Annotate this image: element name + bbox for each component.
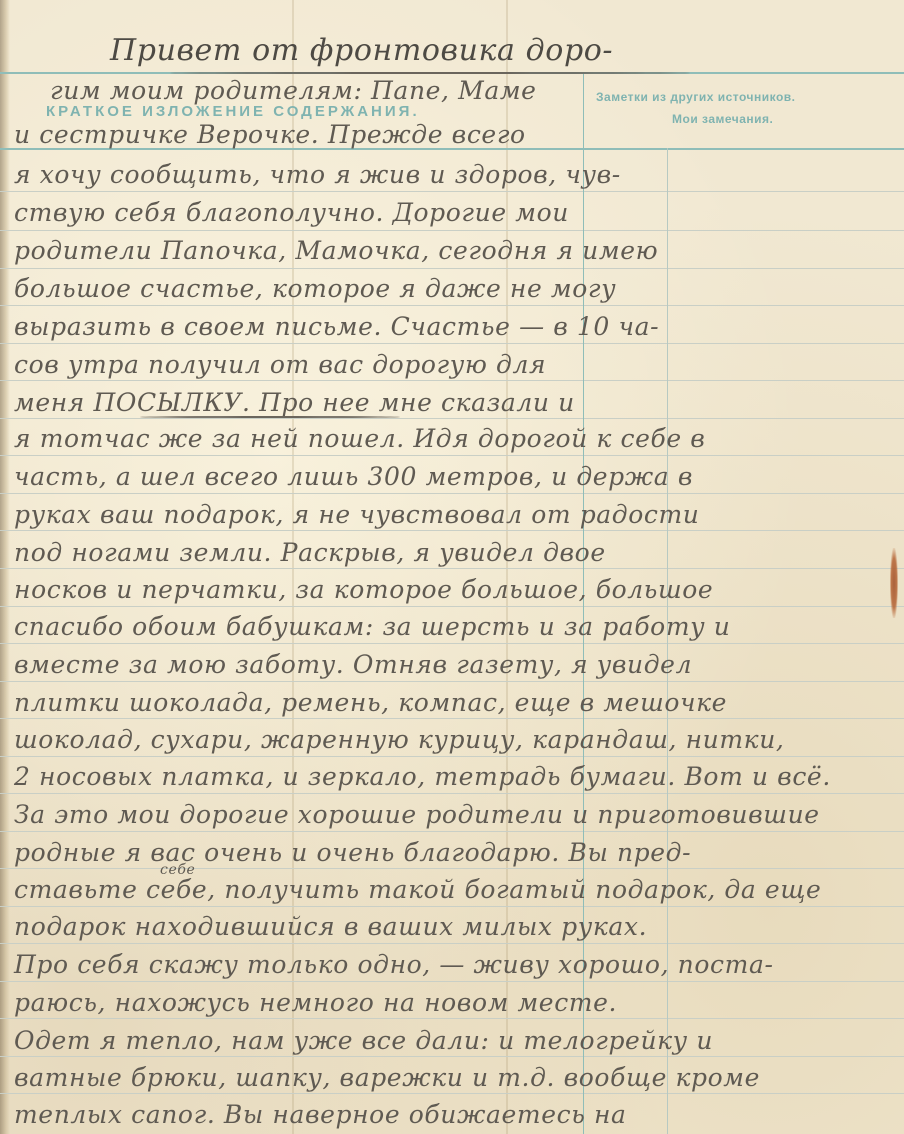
rust-stain: [890, 548, 898, 618]
letter-line: носков и перчатки, за которое большое, б…: [14, 575, 894, 604]
letter-line: вместе за мою заботу. Отняв газету, я ув…: [14, 650, 894, 679]
ruled-line: [0, 268, 904, 269]
ruled-line: [0, 493, 904, 494]
letter-greeting: Привет от фронтовика доро-: [110, 33, 894, 68]
letter-line: я тотчас же за ней пошел. Идя дорогой к …: [14, 424, 894, 453]
parcel-underline: [140, 416, 400, 418]
ruled-line: [0, 230, 904, 231]
letter-line: под ногами земли. Раскрыв, я увидел двое: [14, 538, 894, 567]
letter-line: я хочу сообщить, что я жив и здоров, чув…: [14, 160, 894, 189]
letter-line: часть, а шел всего лишь 300 метров, и де…: [14, 462, 894, 491]
ruled-line: [0, 1056, 904, 1057]
ruled-line: [0, 568, 904, 569]
printed-header-summary: КРАТКОЕ ИЗЛОЖЕНИЕ СОДЕРЖАНИЯ.: [46, 103, 420, 120]
letter-line: сов утра получил от вас дорогую для: [14, 350, 894, 379]
ruled-line: [0, 943, 904, 944]
torn-left-edge: [0, 0, 10, 1134]
letter-line: и сестричке Верочке. Прежде всего: [14, 120, 894, 149]
letter-line: ствую себя благополучно. Дорогие мои: [14, 198, 894, 227]
ruled-line: [0, 643, 904, 644]
greeting-underline: [170, 72, 690, 74]
ruled-line: [0, 305, 904, 306]
letter-line: руках ваш подарок, я не чувствовал от ра…: [14, 500, 894, 529]
ruled-line: [0, 793, 904, 794]
ruled-line: [0, 606, 904, 607]
ruled-line: [0, 681, 904, 682]
letter-line: большое счастье, которое я даже не могу: [14, 274, 894, 303]
letter-line: За это мои дорогие хорошие родители и пр…: [14, 800, 894, 829]
letter-line: ставьте себе, получить такой богатый под…: [14, 875, 894, 904]
letter-line: гим моим родителям: Папе, Маме: [50, 76, 894, 105]
ruled-line: [0, 1093, 904, 1094]
letter-line: ватные брюки, шапку, варежки и т.д. вооб…: [14, 1063, 894, 1092]
ruled-line: [0, 455, 904, 456]
letter-line: раюсь, нахожусь немного на новом месте.: [14, 988, 894, 1017]
ruled-line: [0, 530, 904, 531]
letter-line: шоколад, сухари, жаренную курицу, каранд…: [14, 725, 894, 754]
ruled-line: [0, 380, 904, 381]
ruled-line: [0, 831, 904, 832]
ruled-line: [0, 1018, 904, 1019]
ruled-line: [0, 343, 904, 344]
letter-line: теплых сапог. Вы наверное обижаетесь на: [14, 1100, 894, 1129]
ruled-line: [0, 191, 904, 192]
ruled-line: [0, 756, 904, 757]
letter-line: меня ПОСЫЛКУ. Про нее мне сказали и: [14, 388, 894, 417]
letter-line: Про себя скажу только одно, — живу хорош…: [14, 950, 894, 979]
letter-line: плитки шоколада, ремень, компас, еще в м…: [14, 688, 894, 717]
letter-line: подарок находившийся в ваших милых руках…: [14, 912, 894, 941]
letter-line: 2 носовых платка, и зеркало, тетрадь бум…: [14, 762, 894, 791]
letter-line: выразить в своем письме. Счастье — в 10 …: [14, 312, 894, 341]
letter-line: родители Папочка, Мамочка, сегодня я име…: [14, 236, 894, 265]
letter-line: Одет я тепло, нам уже все дали: и телогр…: [14, 1026, 894, 1055]
ruled-line: [0, 906, 904, 907]
ruled-line: [0, 981, 904, 982]
ruled-line: [0, 718, 904, 719]
letter-line: спасибо обоим бабушкам: за шерсть и за р…: [14, 612, 894, 641]
ruled-line: [0, 418, 904, 419]
